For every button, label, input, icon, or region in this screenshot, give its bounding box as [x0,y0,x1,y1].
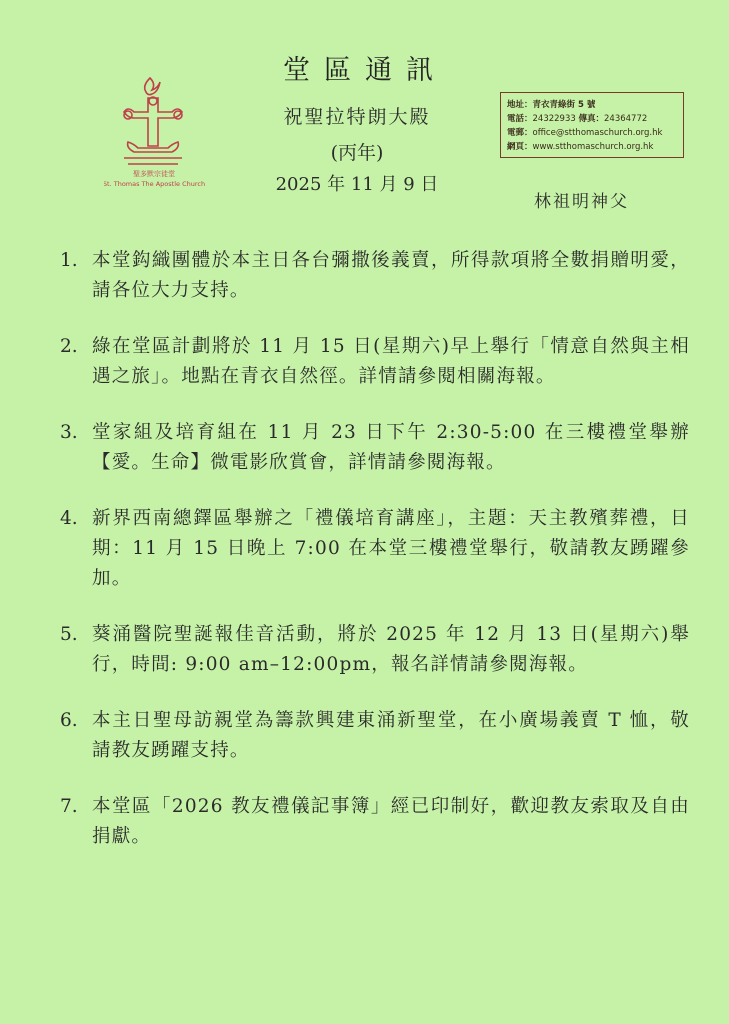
cross-dove-logo-icon: 聖多默宗徒堂 St. Thomas The Apostle Church [104,72,208,192]
email-value[interactable]: office@stthomaschurch.org.hk [533,128,663,138]
logo-english-name: St. Thomas The Apostle Church [104,180,205,188]
fax-label: 傳真： [578,114,604,124]
address-value: 青衣青綠街 5 號 [533,100,596,110]
fax-value: 24364772 [604,114,647,124]
contact-email: 電郵：office@stthomaschurch.org.hk [507,126,677,140]
contact-web: 網頁：www.stthomaschurch.org.hk [507,140,677,154]
announcement-item: 2. 綠在堂區計劃將於 11 月 15 日(星期六)早上舉行「情意自然與主相遇之… [60,332,690,392]
web-value[interactable]: www.stthomaschurch.org.hk [533,142,654,152]
item-number: 7. [60,792,92,852]
church-logo: 聖多默宗徒堂 St. Thomas The Apostle Church [104,72,208,192]
item-text: 本堂鈎織團體於本主日各台彌撒後義賣，所得款項將全數捐贈明愛，請各位大力支持。 [92,246,690,306]
announcement-item: 4. 新界西南總鐸區舉辦之「禮儀培育講座」，主題：天主教殯葬禮，日期：11 月 … [60,504,690,594]
item-number: 2. [60,332,92,392]
item-number: 1. [60,246,92,306]
email-label: 電郵： [507,128,533,138]
item-number: 3. [60,418,92,478]
item-text: 堂家組及培育組在 11 月 23 日下午 2:30-5:00 在三樓禮堂舉辦【愛… [92,418,690,478]
item-text: 綠在堂區計劃將於 11 月 15 日(星期六)早上舉行「情意自然與主相遇之旅」。… [92,332,690,392]
contact-address: 地址：青衣青綠街 5 號 [507,98,677,112]
feast-name: 祝聖拉特朗大殿 [262,102,452,129]
phone-value: 24322933 [533,114,576,124]
item-text: 本主日聖母訪親堂為籌款興建東涌新聖堂，在小廣場義賣 T 恤，敬請教友踴躍支持。 [92,706,690,766]
announcement-list: 1. 本堂鈎織團體於本主日各台彌撒後義賣，所得款項將全數捐贈明愛，請各位大力支持… [60,246,690,878]
item-text: 新界西南總鐸區舉辦之「禮儀培育講座」，主題：天主教殯葬禮，日期：11 月 15 … [92,504,690,594]
announcement-item: 5. 葵涌醫院聖誕報佳音活動，將於 2025 年 12 月 13 日(星期六)舉… [60,620,690,680]
announcement-item: 3. 堂家組及培育組在 11 月 23 日下午 2:30-5:00 在三樓禮堂舉… [60,418,690,478]
web-label: 網頁： [507,142,533,152]
announcement-item: 1. 本堂鈎織團體於本主日各台彌撒後義賣，所得款項將全數捐贈明愛，請各位大力支持… [60,246,690,306]
announcement-item: 7. 本堂區「2026 教友禮儀記事簿」經已印制好，歡迎教友索取及自由捐獻。 [60,792,690,852]
address-label: 地址： [507,100,533,110]
priest-name: 林祖明神父 [534,187,629,212]
item-number: 6. [60,706,92,766]
contact-box: 地址：青衣青綠街 5 號 電話：24322933 傳真：24364772 電郵：… [500,92,684,158]
contact-phone: 電話：24322933 傳真：24364772 [507,112,677,126]
page-title: 堂區通訊 [265,48,465,87]
item-number: 4. [60,504,92,594]
liturgical-year: (丙年) [262,138,452,165]
item-text: 本堂區「2026 教友禮儀記事簿」經已印制好，歡迎教友索取及自由捐獻。 [92,792,690,852]
item-number: 5. [60,620,92,680]
announcement-item: 6. 本主日聖母訪親堂為籌款興建東涌新聖堂，在小廣場義賣 T 恤，敬請教友踴躍支… [60,706,690,766]
item-text: 葵涌醫院聖誕報佳音活動，將於 2025 年 12 月 13 日(星期六)舉行，時… [92,620,690,680]
logo-chinese-name: 聖多默宗徒堂 [133,169,175,178]
bulletin-date: 2025 年 11 月 9 日 [262,170,452,196]
phone-label: 電話： [507,114,533,124]
